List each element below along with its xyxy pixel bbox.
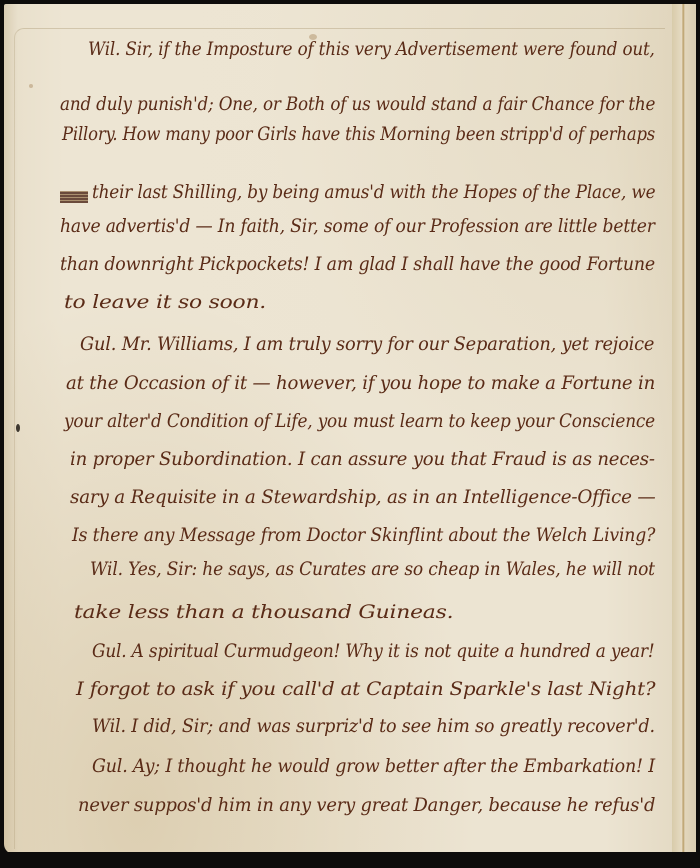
- background-shadow: [0, 852, 700, 868]
- text-line-4: their last Shilling, by being amus'd wit…: [92, 181, 655, 203]
- text-line-7: to leave it so soon.: [64, 291, 266, 313]
- text-line-13: Is there any Message from Doctor Skinfli…: [72, 524, 655, 546]
- text-line-11: in proper Subordination. I can assure yo…: [70, 448, 655, 470]
- text-line-5: have advertis'd — In faith, Sir, some of…: [60, 215, 655, 237]
- text-line-12: sary a Requisite in a Stewardship, as in…: [70, 486, 655, 508]
- ink-blot-struck-word: [60, 191, 88, 203]
- text-line-20: never suppos'd him in any very great Dan…: [78, 794, 655, 816]
- text-line-10: your alter'd Condition of Life, you must…: [64, 410, 655, 432]
- text-line-2: and duly punish'd; One, or Both of us wo…: [60, 93, 655, 115]
- text-line-16: Gul. A spiritual Curmudgeon! Why it is n…: [92, 640, 654, 662]
- paper-mark: [16, 424, 20, 432]
- paper-stain: [29, 84, 33, 88]
- book-binding-gutter: [672, 4, 696, 860]
- text-line-17: I forgot to ask if you call'd at Captain…: [76, 678, 655, 700]
- text-line-3: Pillory. How many poor Girls have this M…: [62, 123, 655, 145]
- text-line-18: Wil. I did, Sir; and was surpriz'd to se…: [92, 715, 655, 737]
- text-line-9: at the Occasion of it — however, if you …: [66, 372, 655, 394]
- text-line-14: Wil. Yes, Sir: he says, as Curates are s…: [90, 558, 655, 580]
- text-line-1: Wil. Sir, if the Imposture of this very …: [88, 38, 655, 60]
- text-line-19: Gul. Ay; I thought he would grow better …: [92, 755, 655, 777]
- text-line-6: than downright Pickpockets! I am glad I …: [60, 253, 655, 275]
- text-line-8: Gul. Mr. Williams, I am truly sorry for …: [80, 333, 654, 355]
- text-line-15: take less than a thousand Guineas.: [74, 601, 453, 623]
